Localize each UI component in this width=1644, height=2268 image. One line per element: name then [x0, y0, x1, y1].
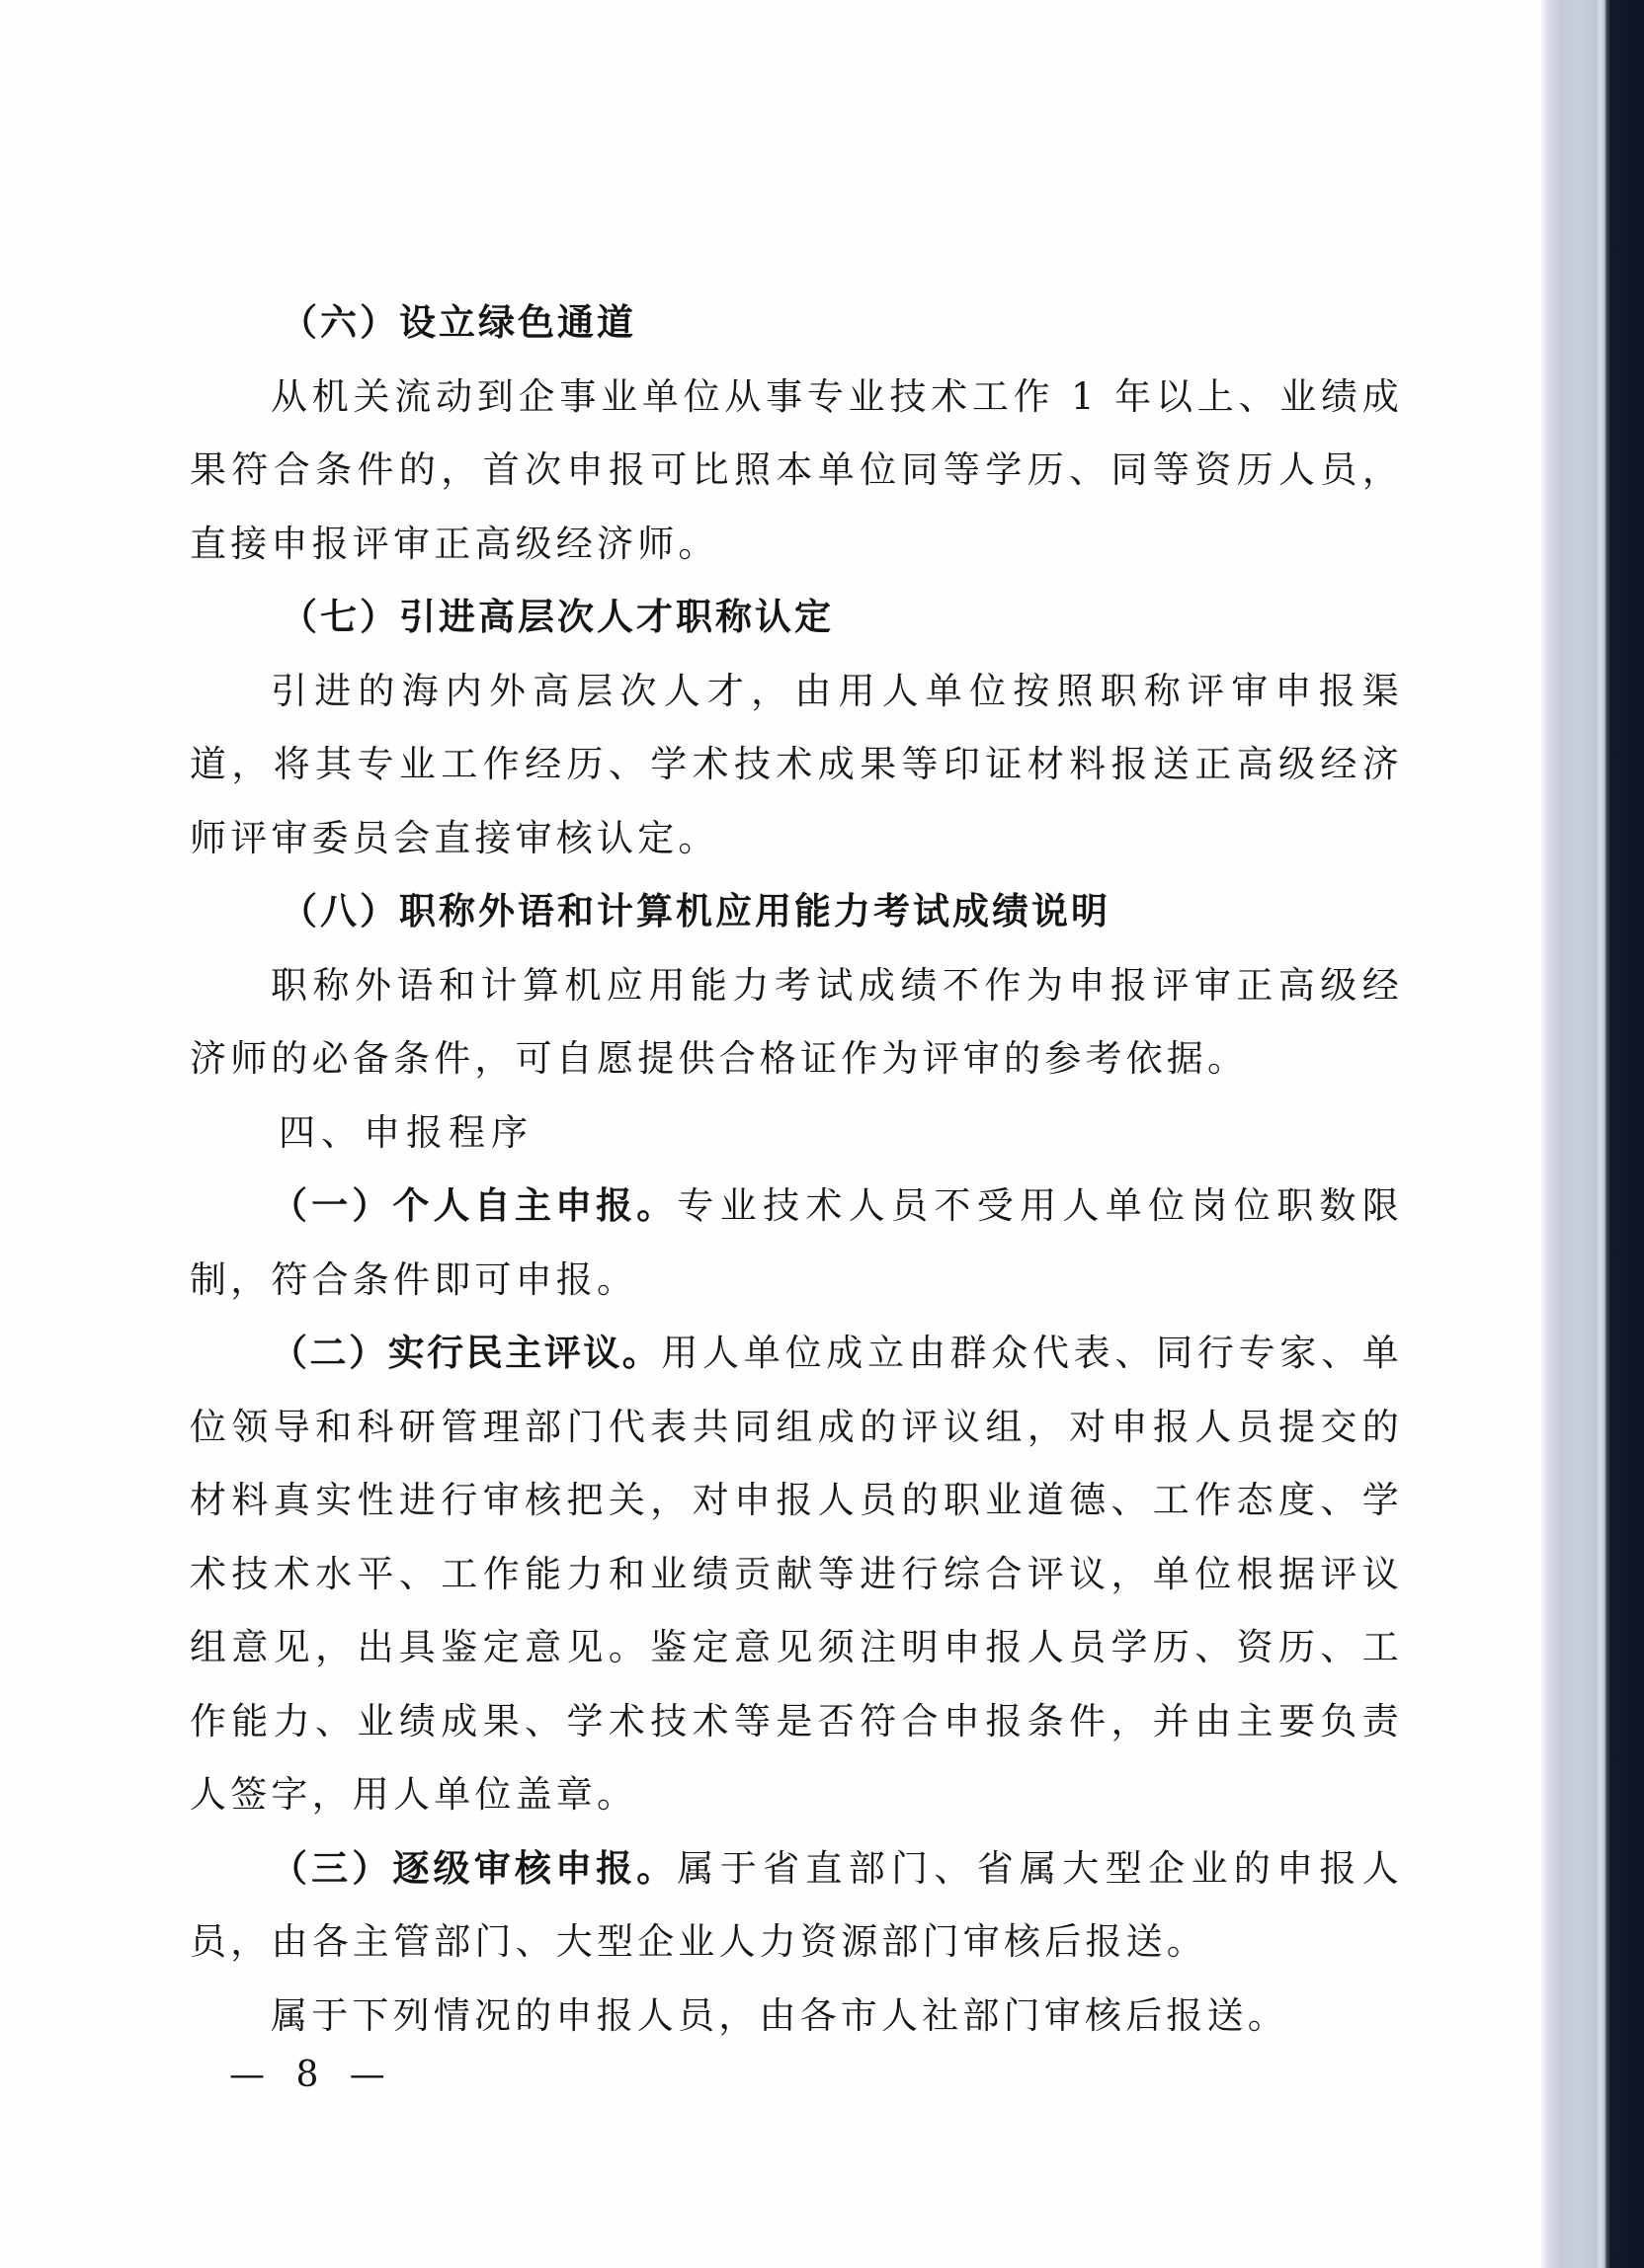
section-body-6: 从机关流动到企事业单位从事专业技术工作 1 年以上、业绩成果符合条件的，首次申报…	[190, 361, 1403, 582]
section-heading-8: （八）职称外语和计算机应用能力考试成绩说明	[190, 875, 1403, 949]
section-heading-6: （六）设立绿色通道	[190, 286, 1403, 361]
procedure-item-2-body: 用人单位成立由群众代表、同行专家、单位领导和科研管理部门代表共同组成的评议组，对…	[190, 1332, 1403, 1816]
page-number: — 8 —	[229, 2055, 395, 2095]
procedure-item-2: （二）实行民主评议。用人单位成立由群众代表、同行专家、单位领导和科研管理部门代表…	[190, 1317, 1403, 1832]
procedure-closing: 属于下列情况的申报人员，由各市人社部门审核后报送。	[190, 1980, 1403, 2054]
procedure-item-3: （三）逐级审核申报。属于省直部门、省属大型企业的申报人员，由各主管部门、大型企业…	[190, 1832, 1403, 1980]
procedure-item-1: （一）个人自主申报。专业技术人员不受用人单位岗位职数限制，符合条件即可申报。	[190, 1170, 1403, 1317]
page-binding-edge	[1541, 0, 1644, 2268]
procedure-item-1-lead: （一）个人自主申报。	[271, 1184, 677, 1227]
section-heading-7: （七）引进高层次人才职称认定	[190, 581, 1403, 655]
chapter-title: 四、申报程序	[190, 1096, 1403, 1171]
procedure-item-3-lead: （三）逐级审核申报。	[271, 1847, 677, 1890]
page-content: （六）设立绿色通道 从机关流动到企事业单位从事专业技术工作 1 年以上、业绩成果…	[190, 286, 1403, 2053]
section-body-8: 职称外语和计算机应用能力考试成绩不作为申报评审正高级经济师的必备条件，可自愿提供…	[190, 949, 1403, 1096]
procedure-item-2-lead: （二）实行民主评议。	[271, 1332, 661, 1374]
document-page: （六）设立绿色通道 从机关流动到企事业单位从事专业技术工作 1 年以上、业绩成果…	[0, 0, 1541, 2268]
section-body-7: 引进的海内外高层次人才，由用人单位按照职称评审申报渠道，将其专业工作经历、学术技…	[190, 655, 1403, 876]
